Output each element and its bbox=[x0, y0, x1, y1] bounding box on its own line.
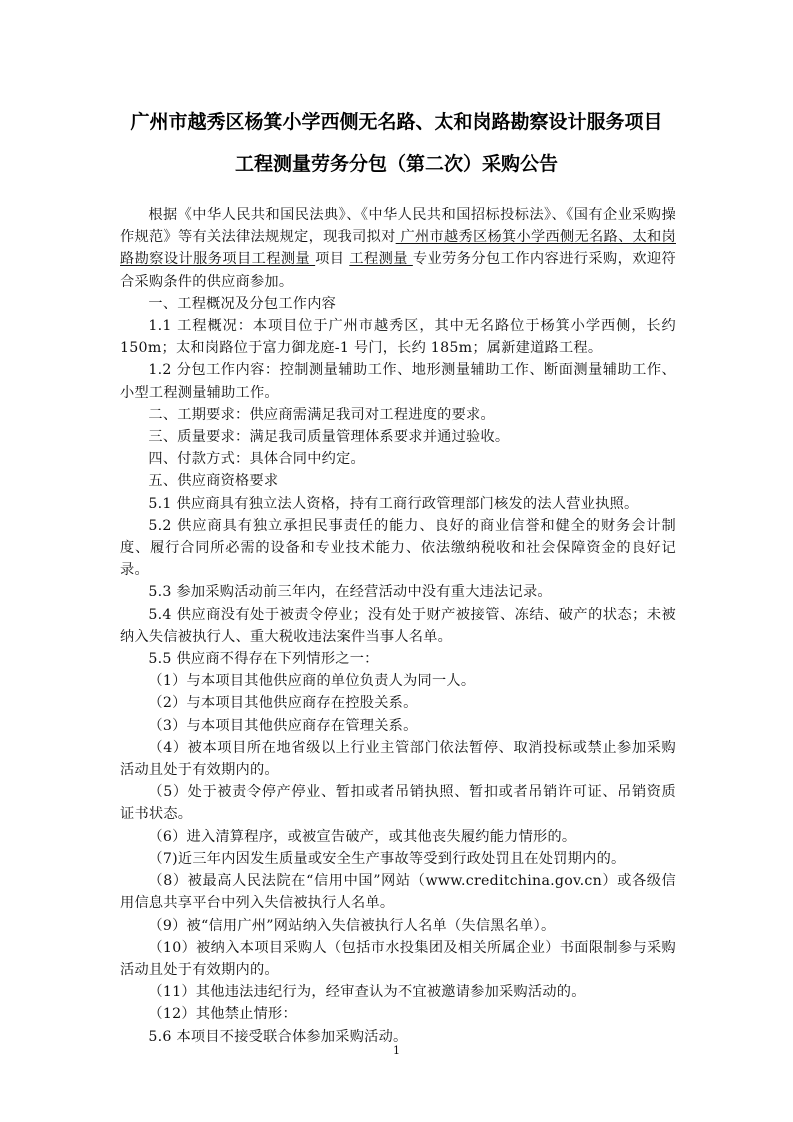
item-11: （11）其他违法违纪行为，经审查认为不宜被邀请参加采购活动的。 bbox=[120, 981, 676, 1003]
page-number: 1 bbox=[0, 1044, 793, 1057]
clause-5-1: 5.1 供应商具有独立法人资格，持有工商行政管理部门核发的法人营业执照。 bbox=[120, 493, 676, 515]
clause-5-4: 5.4 供应商没有处于被责令停业；没有处于财产被接管、冻结、破产的状态；未被纳入… bbox=[120, 604, 676, 648]
item-6: （6）进入清算程序，或被宣告破产，或其他丧失履约能力情形的。 bbox=[120, 826, 676, 848]
item-8: （8）被最高人民法院在“信用中国”网站（www.creditchina.gov.… bbox=[120, 870, 676, 914]
section-heading-3: 三、质量要求：满足我司质量管理体系要求并通过验收。 bbox=[120, 426, 676, 448]
intro-paragraph: 根据《中华人民共和国民法典》、《中华人民共和国招标投标法》、《国有企业采购操作规… bbox=[120, 204, 676, 293]
item-9: （9）被“信用广州”网站纳入失信被执行人名单（失信黑名单）。 bbox=[120, 915, 676, 937]
item-7: （7)近三年内因发生质量或安全生产事故等受到行政处罚且在处罚期内的。 bbox=[120, 848, 676, 870]
item-2: （2）与本项目其他供应商存在控股关系。 bbox=[120, 692, 676, 714]
item-3: （3）与本项目其他供应商存在管理关系。 bbox=[120, 715, 676, 737]
clause-1-2: 1.2 分包工作内容：控制测量辅助工作、地形测量辅助工作、断面测量辅助工作、小型… bbox=[120, 359, 676, 403]
intro-text: 项目 bbox=[315, 251, 349, 267]
section-heading-1: 一、工程概况及分包工作内容 bbox=[120, 293, 676, 315]
section-heading-5: 五、供应商资格要求 bbox=[120, 470, 676, 492]
clause-5-2: 5.2 供应商具有独立承担民事责任的能力、良好的商业信誉和健全的财务会计制度、履… bbox=[120, 515, 676, 582]
title-line-1: 广州市越秀区杨箕小学西侧无名路、太和岗路勘察设计服务项目 bbox=[0, 107, 793, 134]
title-line-2: 工程测量劳务分包（第二次）采购公告 bbox=[0, 149, 793, 176]
document-body: 根据《中华人民共和国民法典》、《中华人民共和国招标投标法》、《国有企业采购操作规… bbox=[120, 204, 676, 1048]
clause-1-1: 1.1 工程概况：本项目位于广州市越秀区，其中无名路位于杨箕小学西侧，长约 15… bbox=[120, 315, 676, 359]
section-heading-2: 二、工期要求：供应商需满足我司对工程进度的要求。 bbox=[120, 404, 676, 426]
item-5: （5）处于被责令停产停业、暂扣或者吊销执照、暂扣或者吊销许可证、吊销资质证书状态… bbox=[120, 781, 676, 825]
document-page: 广州市越秀区杨箕小学西侧无名路、太和岗路勘察设计服务项目 工程测量劳务分包（第二… bbox=[0, 0, 793, 1122]
clause-5-5: 5.5 供应商不得存在下列情形之一： bbox=[120, 648, 676, 670]
section-heading-4: 四、付款方式：具体合同中约定。 bbox=[120, 448, 676, 470]
item-1: （1）与本项目其他供应商的单位负责人为同一人。 bbox=[120, 670, 676, 692]
item-4: （4）被本项目所在地省级以上行业主管部门依法暂停、取消投标或禁止参加采购活动且处… bbox=[120, 737, 676, 781]
item-10: （10）被纳入本项目采购人（包括市水投集团及相关所属企业）书面限制参与采购活动且… bbox=[120, 937, 676, 981]
specialty-name: 工程测量 bbox=[349, 251, 412, 267]
item-12: （12）其他禁止情形： bbox=[120, 1003, 676, 1025]
clause-5-3: 5.3 参加采购活动前三年内，在经营活动中没有重大违法记录。 bbox=[120, 581, 676, 603]
